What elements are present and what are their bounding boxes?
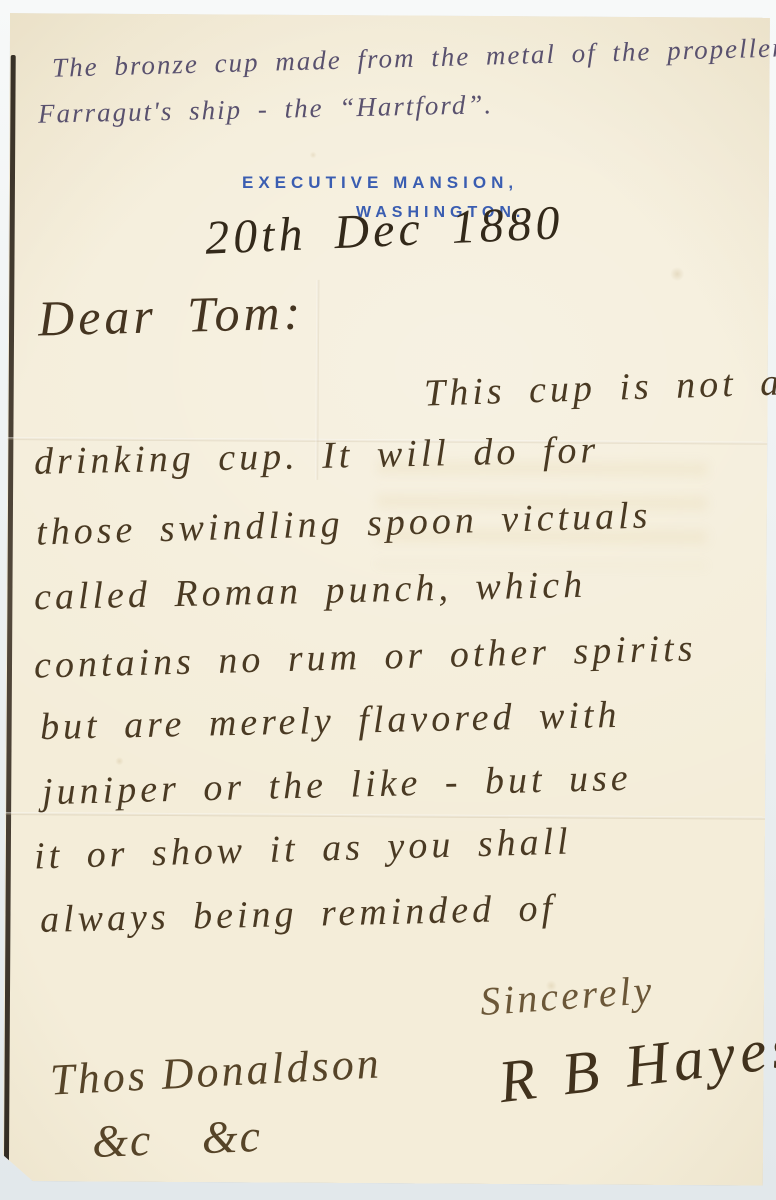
paper-crease-horizontal-2 [5,812,765,820]
paper-left-edge [4,55,16,1167]
letter-scan: The bronze cup made from the metal of th… [0,0,776,1200]
addressee-etcetera: &c &c [91,1109,263,1168]
salutation: Dear Tom: [37,283,305,348]
letterhead-executive-mansion: EXECUTIVE MANSION, [242,173,518,193]
